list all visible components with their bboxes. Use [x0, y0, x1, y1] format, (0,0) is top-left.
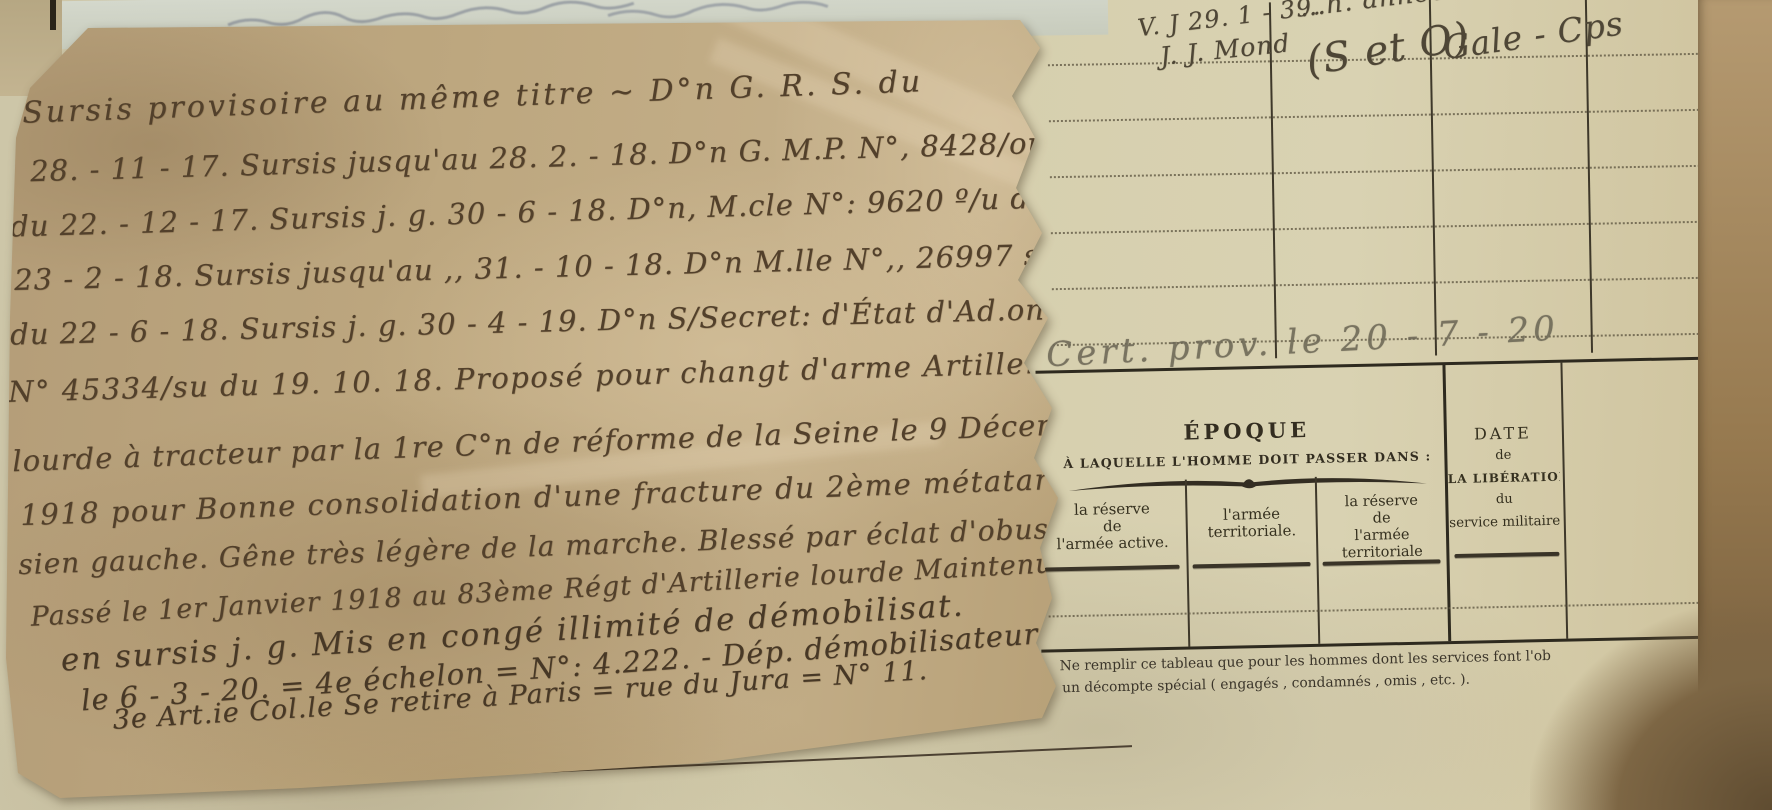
note-line-6: N° 45334/su du 19. 10. 18. Proposé pour … [8, 345, 1070, 409]
upper-dotted-row [1051, 221, 1701, 234]
note-line-4: 23 - 2 - 18. Sursis jusqu'au ,, 31. - 10… [14, 237, 1081, 297]
date-header-line: du [1448, 488, 1560, 512]
page-corner-curl [1530, 600, 1772, 810]
upper-dotted-row [1052, 277, 1702, 290]
column-header-armee-territoriale: l'armée territoriale. [1190, 505, 1313, 542]
date-header-line: service militaire [1449, 510, 1561, 534]
column-header-reserve-territoriale: la réserve de l'armée territoriale [1319, 492, 1444, 563]
upper-dotted-row [1049, 109, 1699, 122]
date-header-line: DATE [1447, 422, 1559, 446]
note-line-2: 28. - 11 - 17. Sursis jusqu'au 28. 2. - … [30, 126, 1048, 188]
upper-dotted-row [1050, 165, 1700, 178]
header-line: territoriale. [1191, 522, 1313, 542]
brace-ornament [1066, 468, 1430, 496]
date-column-line-right [1560, 362, 1568, 639]
note-paper: Sursis provisoire au même titre ~ D°n G.… [0, 18, 1075, 810]
note-line-3: du 22. - 12 - 17. Sursis j. g. 30 - 6 - … [10, 180, 1050, 243]
handwritten-note: Sursis provisoire au même titre ~ D°n G.… [0, 18, 1075, 810]
header-line: l'armée territoriale [1320, 526, 1445, 563]
register-upper-table: V. J 29. 1 - 39. J. J. Mond …h. année (S… [1037, 0, 1772, 366]
scanned-register-page: V. J 29. 1 - 39. J. J. Mond …h. année (S… [0, 0, 1772, 810]
date-header-line: de [1447, 444, 1559, 468]
epoque-separator-1 [1185, 480, 1190, 647]
upper-column-line-3 [1585, 0, 1593, 353]
date-header-line: LA LIBÉRATION [1448, 466, 1560, 490]
note-line-5: du 22 - 6 - 18. Sursis j. g. 30 - 4 - 19… [10, 292, 1046, 351]
header-underline-4 [1454, 552, 1559, 558]
date-column-header: DATE de LA LIBÉRATION du service militai… [1447, 422, 1561, 534]
epoque-subtitle: À LAQUELLE L'HOMME DOIT PASSER DANS : [1049, 448, 1445, 471]
epoque-title: ÉPOQUE [1097, 415, 1397, 446]
header-underline-2 [1193, 562, 1311, 568]
note-line-1: Sursis provisoire au même titre ~ D°n G.… [22, 64, 924, 130]
